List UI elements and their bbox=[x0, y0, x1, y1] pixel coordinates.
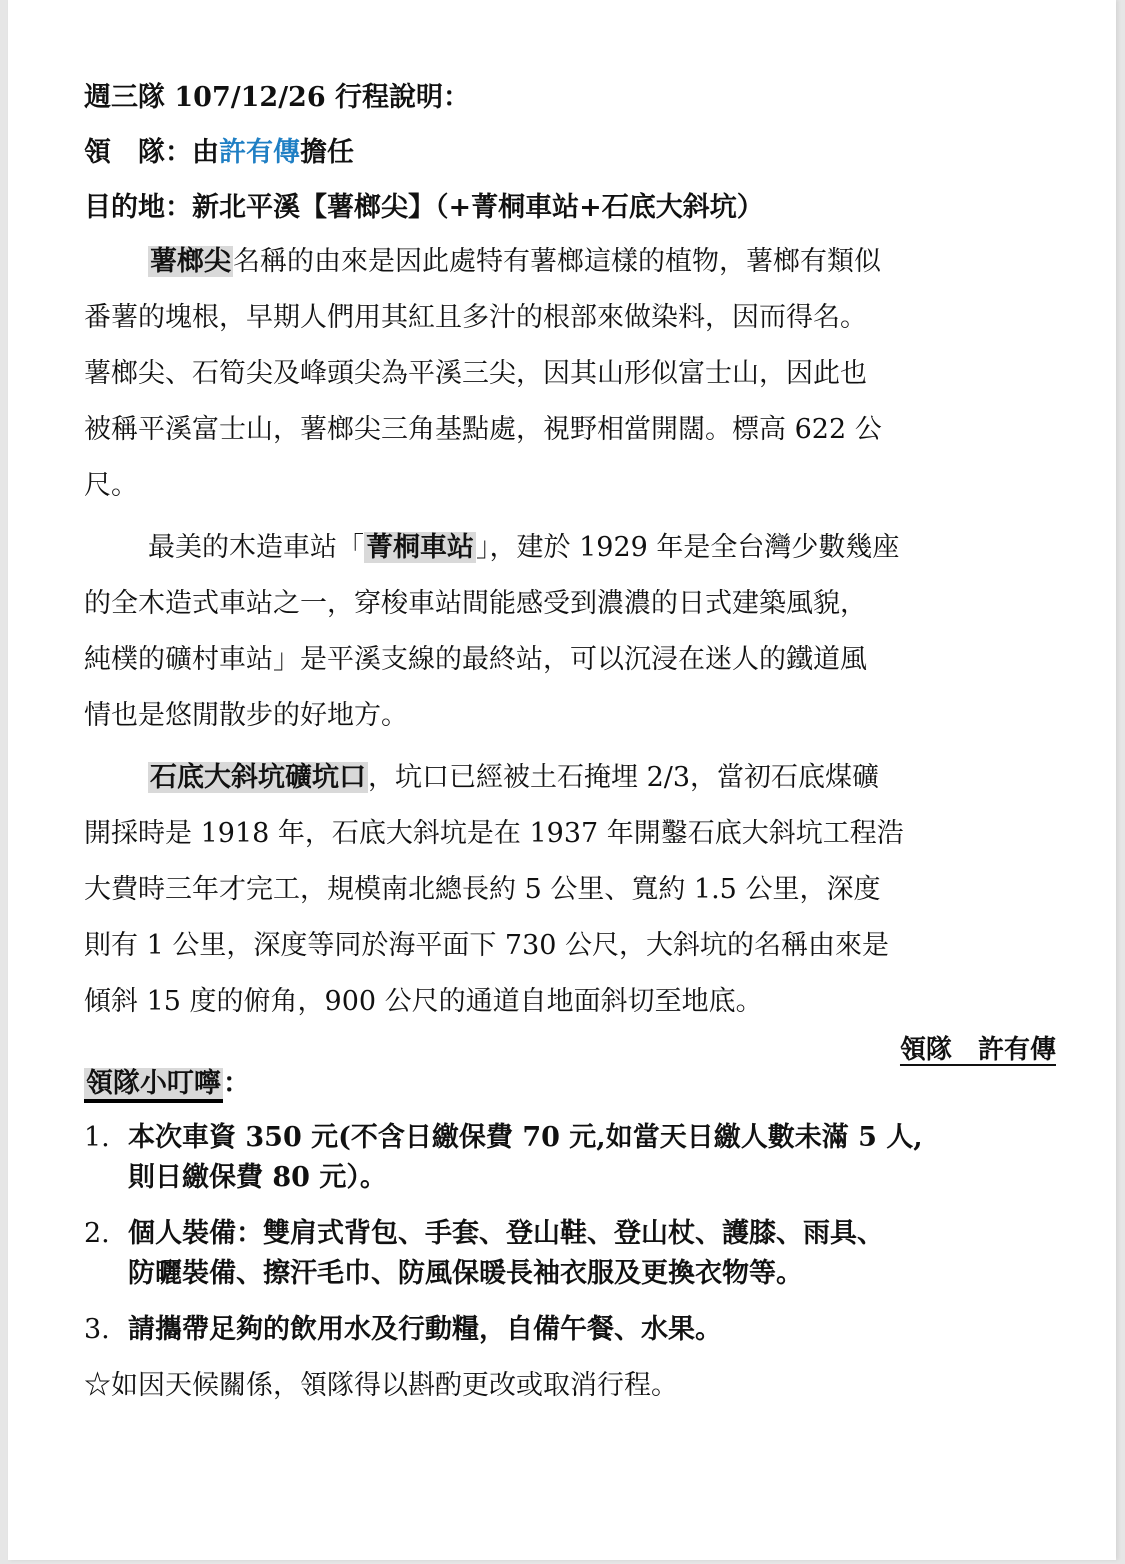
signature-text: 領隊 許有傳 bbox=[900, 1035, 1056, 1065]
tips-title: 領隊小叮嚀 bbox=[84, 1068, 223, 1103]
document-title: 週三隊 107/12/26 行程說明： bbox=[84, 78, 1056, 118]
section-line: 番薯的塊根，早期人們用其紅且多汁的根部來做染料，因而得名。 bbox=[84, 298, 1056, 338]
section-line: 石底大斜坑礦坑口，坑口已經被土石掩埋 2/3，當初石底煤礦 bbox=[84, 758, 1056, 798]
leader-line: 領 隊：由許有傳擔任 bbox=[84, 133, 1056, 173]
highlight-term: 薯榔尖 bbox=[148, 246, 233, 277]
section-shidi-inclined-shaft: 石底大斜坑礦坑口，坑口已經被土石掩埋 2/3，當初石底煤礦 開採時是 1918 … bbox=[84, 758, 1056, 1022]
section-line: 大費時三年才完工，規模南北總長約 5 公里、寬約 1.5 公里，深度 bbox=[84, 870, 1056, 910]
section-line: 純樸的礦村車站」是平溪支線的最終站，可以沉浸在迷人的鐵道風 bbox=[84, 640, 1056, 680]
leader-signature: 領隊 許有傳 bbox=[84, 1032, 1056, 1068]
tip-text: 本次車資 350 元(不含日繳保費 70 元,如當天日繳人數未滿 5 人, bbox=[128, 1122, 923, 1153]
tip-number: 3. bbox=[84, 1310, 128, 1350]
tips-heading: 領隊小叮嚀： bbox=[84, 1064, 1056, 1104]
section-line: 開採時是 1918 年，石底大斜坑是在 1937 年開鑿石底大斜坑工程浩 bbox=[84, 814, 1056, 854]
tip-item: 3.請攜帶足夠的飲用水及行動糧，自備午餐、水果。 bbox=[84, 1310, 1056, 1350]
leader-name: 許有傳 bbox=[219, 137, 300, 168]
weather-note: ☆如因天候關係，領隊得以斟酌更改或取消行程。 bbox=[84, 1366, 1056, 1406]
tip-item: 2.個人裝備：雙肩式背包、手套、登山鞋、登山杖、護膝、雨具、 防曬裝備、擦汗毛巾… bbox=[84, 1214, 1056, 1294]
highlight-term: 菁桐車站 bbox=[364, 532, 476, 563]
section-jingtong-station: 最美的木造車站「菁桐車站」，建於 1929 年是全台灣少數幾座 的全木造式車站之… bbox=[84, 528, 1056, 736]
document-page: 週三隊 107/12/26 行程說明： 領 隊：由許有傳擔任 目的地：新北平溪【… bbox=[8, 0, 1116, 1560]
section-line: 傾斜 15 度的俯角，900 公尺的通道自地面斜切至地底。 bbox=[84, 982, 1056, 1022]
section-line: 則有 1 公里，深度等同於海平面下 730 公尺，大斜坑的名稱由來是 bbox=[84, 926, 1056, 966]
section-line: 薯榔尖名稱的由來是因此處特有薯榔這樣的植物，薯榔有類似 bbox=[84, 242, 1056, 282]
section-shulangjian: 薯榔尖名稱的由來是因此處特有薯榔這樣的植物，薯榔有類似 番薯的塊根，早期人們用其… bbox=[84, 242, 1056, 506]
tip-number: 1. bbox=[84, 1118, 128, 1158]
section-text: 名稱的由來是因此處特有薯榔這樣的植物，薯榔有類似 bbox=[233, 246, 881, 277]
destination-line: 目的地：新北平溪【薯榔尖】（+菁桐車站+石底大斜坑） bbox=[84, 188, 1056, 228]
tip-text: 個人裝備：雙肩式背包、手套、登山鞋、登山杖、護膝、雨具、 bbox=[128, 1218, 884, 1249]
highlight-term: 石底大斜坑礦坑口 bbox=[148, 762, 368, 793]
tip-item: 1.本次車資 350 元(不含日繳保費 70 元,如當天日繳人數未滿 5 人, … bbox=[84, 1118, 1056, 1198]
section-line: 的全木造式車站之一，穿梭車站間能感受到濃濃的日式建築風貌， bbox=[84, 584, 1056, 624]
tip-text: 則日繳保費 80 元）。 bbox=[128, 1162, 387, 1193]
section-line: 情也是悠閒散步的好地方。 bbox=[84, 696, 1056, 736]
section-text: 」，建於 1929 年是全台灣少數幾座 bbox=[476, 532, 899, 563]
document-content: 週三隊 107/12/26 行程說明： 領 隊：由許有傳擔任 目的地：新北平溪【… bbox=[84, 78, 1056, 1422]
section-text: ，坑口已經被土石掩埋 2/3，當初石底煤礦 bbox=[368, 762, 879, 793]
leader-label: 領 隊：由 bbox=[84, 137, 219, 168]
tip-number: 2. bbox=[84, 1214, 128, 1254]
section-line: 被稱平溪富士山，薯榔尖三角基點處，視野相當開闊。標高 622 公 bbox=[84, 410, 1056, 450]
tip-text: 防曬裝備、擦汗毛巾、防風保暖長袖衣服及更換衣物等。 bbox=[128, 1258, 803, 1289]
leader-suffix: 擔任 bbox=[300, 137, 354, 168]
section-line: 最美的木造車站「菁桐車站」，建於 1929 年是全台灣少數幾座 bbox=[84, 528, 1056, 568]
section-line: 薯榔尖、石筍尖及峰頭尖為平溪三尖，因其山形似富士山，因此也 bbox=[84, 354, 1056, 394]
tips-colon: ： bbox=[223, 1068, 250, 1099]
section-line: 尺。 bbox=[84, 466, 1056, 506]
tip-text: 請攜帶足夠的飲用水及行動糧，自備午餐、水果。 bbox=[128, 1314, 722, 1345]
section-text: 最美的木造車站「 bbox=[148, 532, 364, 563]
